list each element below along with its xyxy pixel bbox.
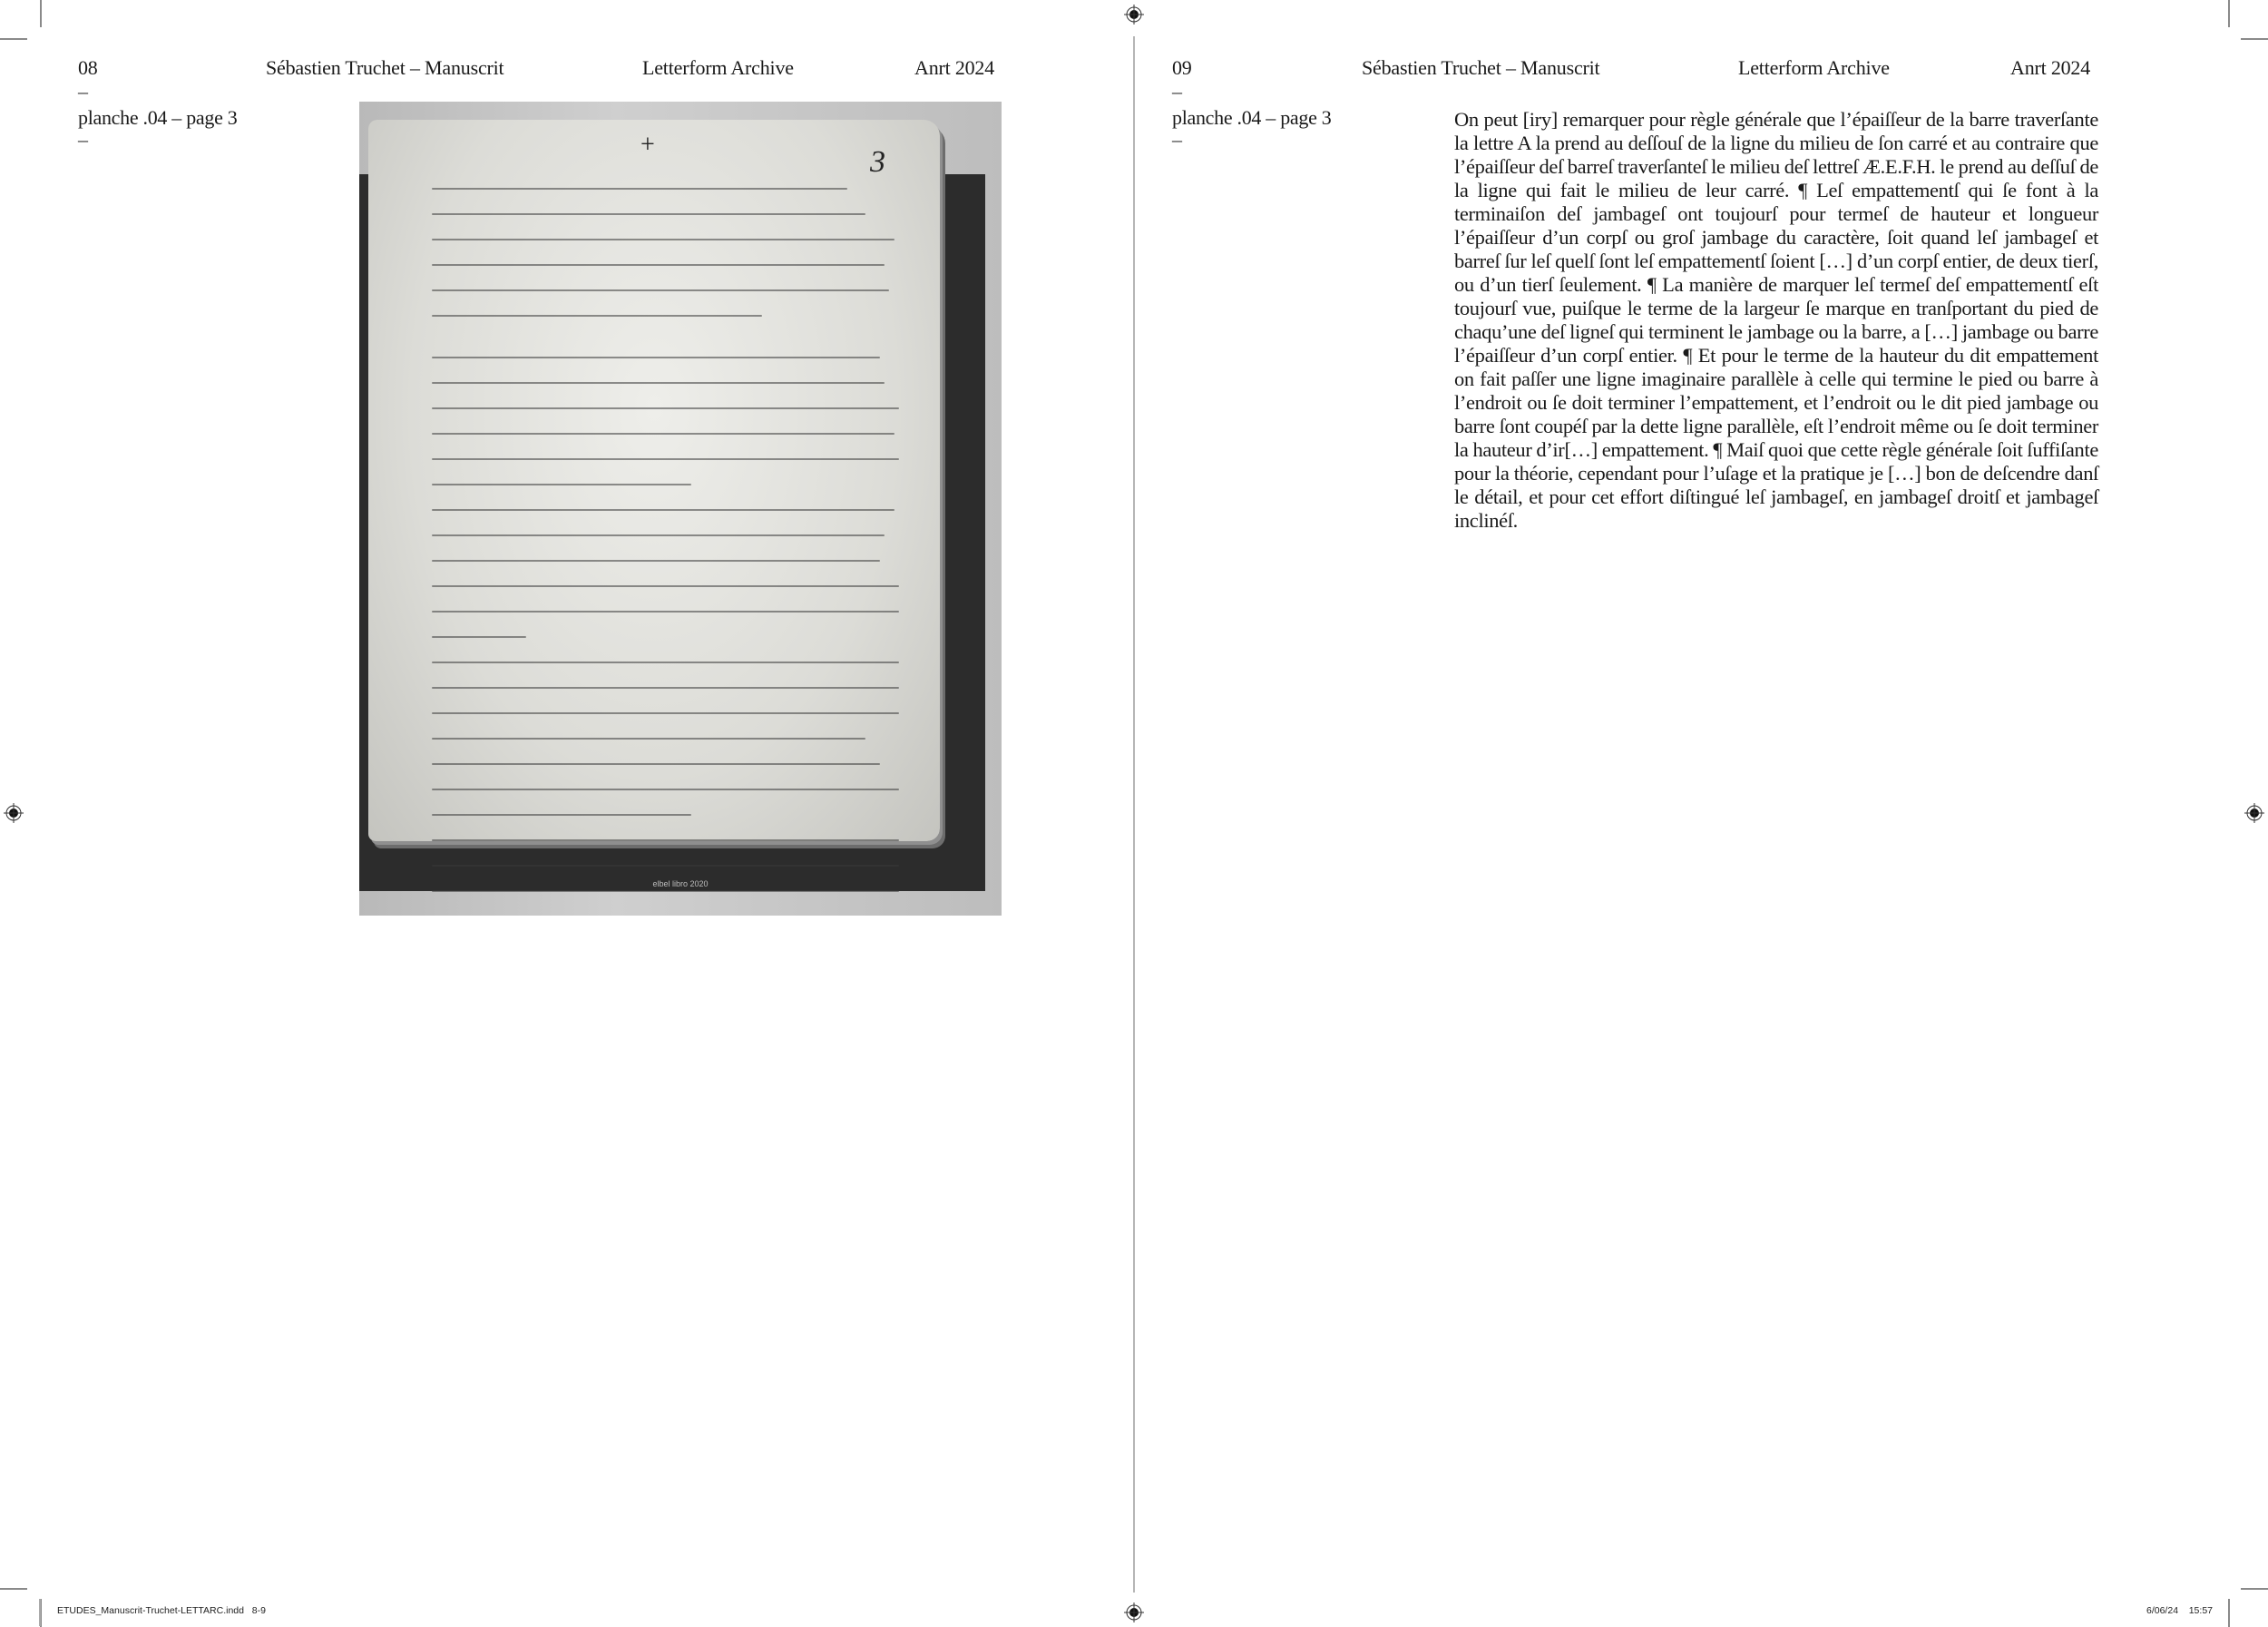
manuscript-photo: + 3 bbox=[359, 102, 1002, 916]
running-title-right: Sébastien Truchet – Manuscrit bbox=[1362, 56, 1599, 80]
slug-time: 15:57 bbox=[2189, 1605, 2213, 1616]
left-page: 08 Sébastien Truchet – Manuscrit Letterf… bbox=[0, 0, 1134, 1627]
publisher-left: Letterform Archive bbox=[642, 56, 794, 80]
slug-date: 6/06/24 bbox=[2146, 1605, 2178, 1616]
plate-label-left: planche .04 – page 3 bbox=[78, 106, 237, 130]
slug-file-name: ETUDES_Manuscrit-Truchet-LETTARC.indd 8-… bbox=[57, 1605, 266, 1616]
folio-right: 09 bbox=[1172, 56, 1192, 80]
edition-left: Anrt 2024 bbox=[914, 56, 994, 80]
manuscript-page-number: 3 bbox=[870, 145, 885, 180]
folio-left: 08 bbox=[78, 56, 98, 80]
slug-divider-left bbox=[39, 1599, 41, 1626]
plate-label-right: planche .04 – page 3 bbox=[1172, 106, 1331, 130]
separator-dash: – bbox=[78, 82, 88, 102]
separator-dash: – bbox=[78, 130, 88, 150]
photo-credit: elbel libro 2020 bbox=[359, 879, 1002, 888]
publisher-right: Letterform Archive bbox=[1738, 56, 1890, 80]
transcription-body: On peut [iry] remarquer pour règle génér… bbox=[1454, 108, 2098, 533]
running-title-left: Sébastien Truchet – Manuscrit bbox=[266, 56, 503, 80]
separator-dash: – bbox=[1172, 130, 1182, 150]
manuscript-cross-mark: + bbox=[640, 131, 655, 160]
handwriting-lines bbox=[432, 188, 904, 916]
slug-pages: 8-9 bbox=[252, 1605, 266, 1616]
slug-timestamp: 6/06/24 15:57 bbox=[2146, 1605, 2213, 1616]
separator-dash: – bbox=[1172, 82, 1182, 102]
slug-file: ETUDES_Manuscrit-Truchet-LETTARC.indd bbox=[57, 1605, 244, 1616]
edition-right: Anrt 2024 bbox=[2010, 56, 2090, 80]
manuscript-sheet: + 3 bbox=[368, 120, 940, 841]
